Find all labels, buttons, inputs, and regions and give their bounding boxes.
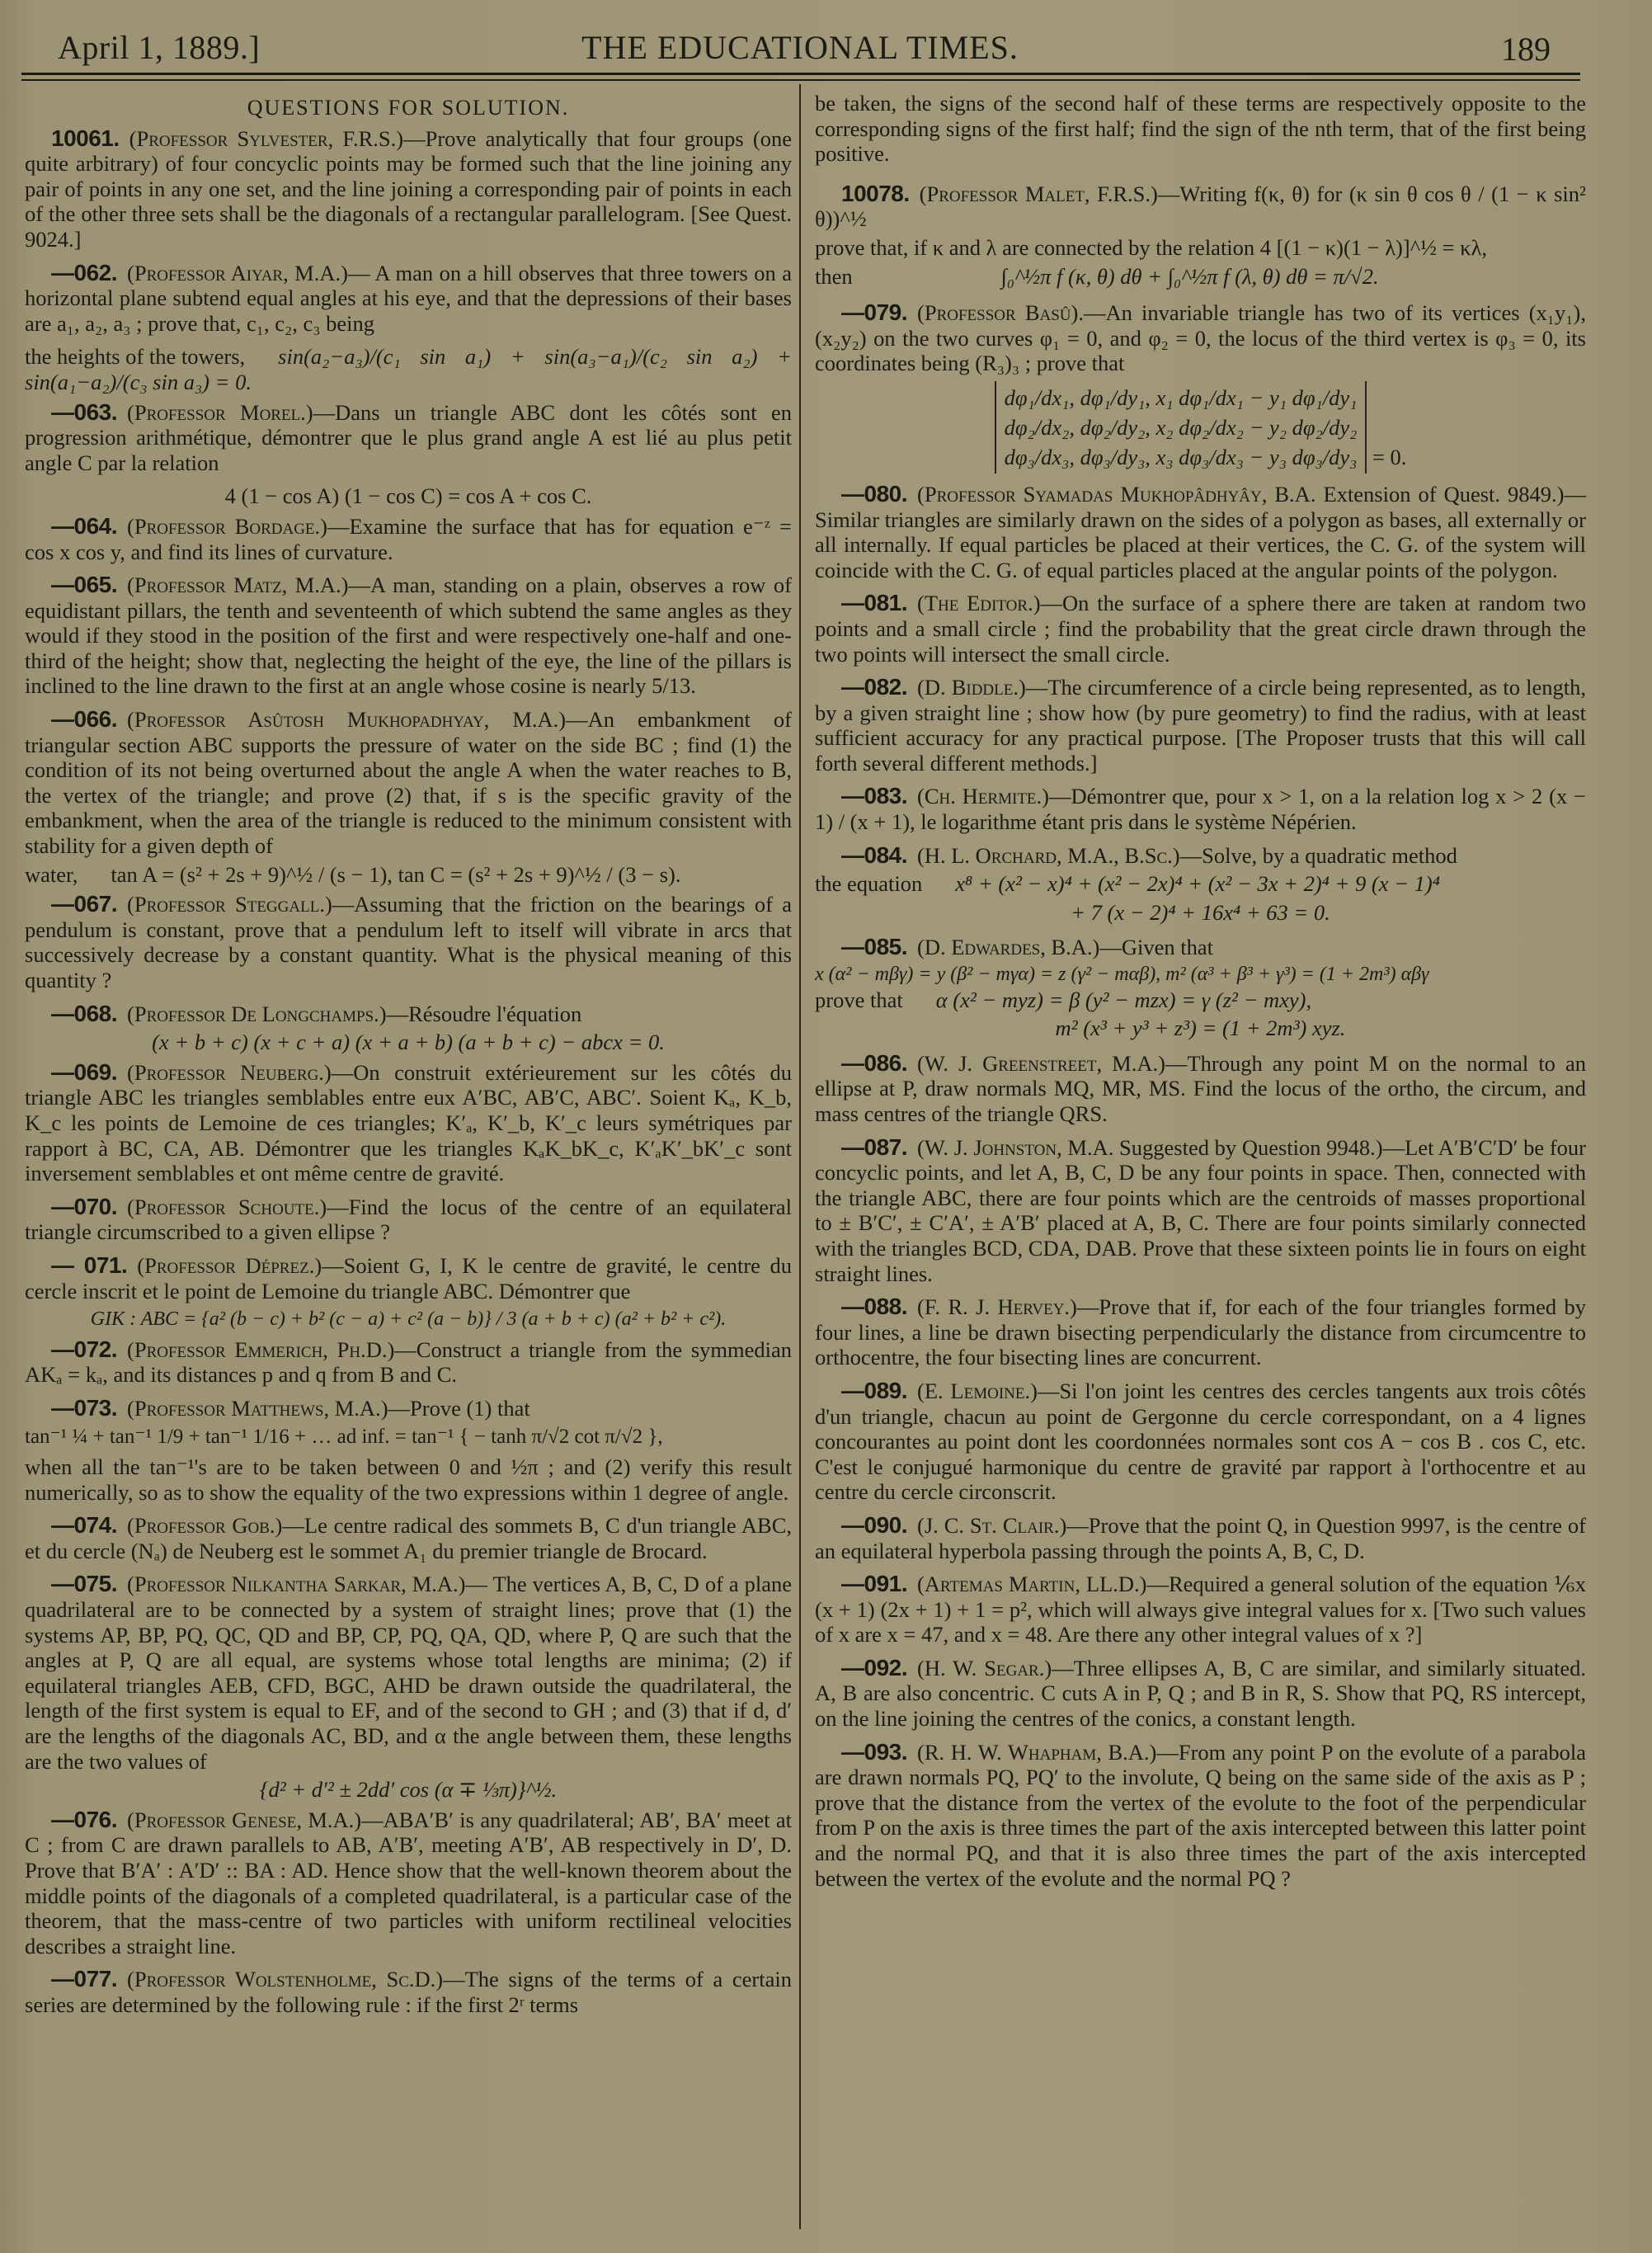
- question-author: (Professor Genese, M.A.): [127, 1808, 361, 1832]
- equation-10084: the equationx⁸ + (x² − x)⁴ + (x² − 2x)⁴ …: [815, 871, 1586, 897]
- question-10079: —079.(Professor Basû).—An invariable tri…: [815, 300, 1586, 376]
- left-column: QUESTIONS FOR SOLUTION. 10061.(Professor…: [25, 91, 792, 2026]
- question-author: (D. Edwardes, B.A.): [917, 935, 1099, 959]
- question-author: (H. L. Orchard, M.A., B.Sc.): [917, 843, 1180, 868]
- question-number: —090.: [841, 1512, 907, 1538]
- question-text: —Résoudre l'équation: [387, 1002, 582, 1026]
- question-author: (W. J. Johnston, M.A.: [917, 1135, 1113, 1160]
- question-number: —070.: [51, 1194, 117, 1219]
- determinant-row: dφ₁/dx₁, dφ₁/dy₁, x₁ dφ₁/dx₁ − y₁ dφ₁/dy…: [1005, 385, 1358, 410]
- page-header: April 1, 1889.] THE EDUCATIONAL TIMES. 1…: [25, 23, 1575, 69]
- equation: α (x² − myz) = β (y² − mzx) = γ (z² − mx…: [936, 987, 1311, 1012]
- question-author: (Professor Emmerich, Ph.D.): [127, 1337, 394, 1362]
- question-10073-continued: when all the tan⁻¹'s are to be taken bet…: [25, 1454, 792, 1505]
- question-10076: —076.(Professor Genese, M.A.)—ABA′B′ is …: [25, 1808, 792, 1959]
- question-number: 10078.: [841, 181, 910, 206]
- equation-10068: (x + b + c) (x + c + a) (x + a + b) (a +…: [25, 1030, 792, 1055]
- question-number: —064.: [51, 513, 117, 539]
- equation-10071: GIK : ABC = {a² (b − c) + b² (c − a) + c…: [25, 1307, 792, 1332]
- question-10090: —090.(J. C. St. Clair.)—Prove that the p…: [815, 1513, 1586, 1563]
- equation-10073: tan⁻¹ ¼ + tan⁻¹ 1/9 + tan⁻¹ 1/16 + … ad …: [25, 1425, 792, 1450]
- question-10071: — 071.(Professor Déprez.)—Soient G, I, K…: [25, 1253, 792, 1303]
- question-10072: —072.(Professor Emmerich, Ph.D.)—Constru…: [25, 1337, 792, 1388]
- question-author: (Artemas Martin, LL.D.): [917, 1572, 1147, 1596]
- question-number: —081.: [841, 590, 907, 615]
- question-author: (Professor Wolstenholme, Sc.D.): [127, 1967, 443, 1991]
- question-number: —084.: [841, 842, 907, 868]
- question-number: —093.: [841, 1739, 907, 1765]
- equation: x⁸ + (x² − x)⁴ + (x² − 2x)⁴ + (x² − 3x +…: [955, 871, 1440, 896]
- equation-label: the heights of the towers,: [25, 344, 245, 370]
- determinant-10079: dφ₁/dx₁, dφ₁/dy₁, x₁ dφ₁/dx₁ − y₁ dφ₁/dy…: [815, 381, 1586, 474]
- determinant-result: = 0.: [1372, 445, 1406, 469]
- question-number: —069.: [51, 1059, 117, 1085]
- question-10091: —091.(Artemas Martin, LL.D.)—Required a …: [815, 1572, 1586, 1647]
- question-author: (Professor Sylvester, F.R.S.): [129, 126, 403, 151]
- question-number: —072.: [51, 1336, 117, 1362]
- question-author: (E. Lemoine.): [917, 1379, 1038, 1403]
- question-10093: —093.(R. H. W. Whapham, B.A.)—From any p…: [815, 1740, 1586, 1892]
- question-10077-continued: be taken, the signs of the second half o…: [815, 91, 1586, 167]
- question-number: —092.: [841, 1655, 907, 1680]
- equation-10085-line3: m² (x³ + y³ + z³) = (1 + 2m³) xyz.: [815, 1016, 1586, 1041]
- question-number: —068.: [51, 1001, 117, 1026]
- question-author: (J. C. St. Clair.): [917, 1513, 1066, 1538]
- question-author: (F. R. J. Hervey.): [917, 1294, 1077, 1319]
- question-number: —085.: [841, 934, 907, 959]
- question-number: —065.: [51, 572, 117, 597]
- question-10081: —081.(The Editor.)—On the surface of a s…: [815, 591, 1586, 667]
- question-number: —086.: [841, 1050, 907, 1076]
- question-number: —062.: [51, 260, 117, 285]
- question-10073: —073.(Professor Matthews, M.A.)—Prove (1…: [25, 1396, 792, 1421]
- scanned-page: April 1, 1889.] THE EDUCATIONAL TIMES. 1…: [0, 0, 1652, 2253]
- question-author: (Ch. Hermite.): [917, 784, 1049, 808]
- question-author: (Professor Gob.): [127, 1513, 282, 1538]
- equation-label: then: [815, 264, 853, 290]
- equation-10078: then∫₀^½π f (κ, θ) dθ + ∫₀^½π f (λ, θ) d…: [815, 264, 1586, 290]
- equation-10063: 4 (1 − cos A) (1 − cos C) = cos A + cos …: [25, 483, 792, 509]
- equation-10062: the heights of the towers,sin(a₂−a₃)/(c₁…: [25, 344, 792, 394]
- question-author: (Professor Asûtosh Mukhopadhyay, M.A.): [127, 707, 566, 732]
- question-text: — The vertices A, B, C, D of a plane qua…: [25, 1572, 792, 1773]
- question-number: —088.: [841, 1294, 907, 1319]
- question-10067: —067.(Professor Steggall.)—Assuming that…: [25, 892, 792, 992]
- question-10078-relation: prove that, if κ and λ are connected by …: [815, 235, 1586, 261]
- question-10070: —070.(Professor Schoute.)—Find the locus…: [25, 1195, 792, 1245]
- question-10089: —089.(E. Lemoine.)—Si l'on joint les cen…: [815, 1379, 1586, 1505]
- question-text: —Solve, by a quadratic method: [1180, 843, 1457, 868]
- question-author: (Professor Aiyar, M.A.): [127, 261, 348, 285]
- equation-label: water,: [25, 862, 78, 888]
- column-divider: [799, 84, 801, 2229]
- question-author: (Professor Syamadas Mukhopâdhyây, B.A.: [917, 482, 1315, 507]
- question-10075: —075.(Professor Nilkantha Sarkar, M.A.)—…: [25, 1572, 792, 1774]
- question-10077: —077.(Professor Wolstenholme, Sc.D.)—The…: [25, 1967, 792, 2017]
- question-author: (Professor Neuberg.): [127, 1060, 332, 1085]
- section-title: QUESTIONS FOR SOLUTION.: [25, 96, 792, 121]
- question-10062: —062.(Professor Aiyar, M.A.)— A man on a…: [25, 261, 792, 337]
- question-10087: —087.(W. J. Johnston, M.A. Suggested by …: [815, 1135, 1586, 1287]
- question-number: —063.: [51, 399, 117, 425]
- question-10085: —085.(D. Edwardes, B.A.)—Given that: [815, 935, 1586, 960]
- question-number: —077.: [51, 1966, 117, 1991]
- equation-10084-line2: + 7 (x − 2)⁴ + 16x⁴ + 63 = 0.: [815, 900, 1586, 926]
- question-10069: —069.(Professor Neuberg.)—On construit e…: [25, 1060, 792, 1186]
- question-number: —073.: [51, 1395, 117, 1421]
- equation-10075: {d² + d′² ± 2dd′ cos (α ∓ ⅓π)}^½.: [25, 1777, 792, 1803]
- question-number: — 071.: [51, 1252, 127, 1278]
- question-author: (D. Biddle.): [917, 675, 1026, 700]
- page-number: 189: [1501, 30, 1551, 68]
- question-author: (Professor Malet, F.R.S.): [920, 181, 1158, 206]
- question-number: —076.: [51, 1807, 117, 1832]
- equation-10066: water,tan A = (s² + 2s + 9)^½ / (s − 1),…: [25, 862, 792, 888]
- question-number: —083.: [841, 783, 907, 808]
- determinant-matrix: dφ₁/dx₁, dφ₁/dy₁, x₁ dφ₁/dx₁ − y₁ dφ₁/dy…: [995, 381, 1367, 474]
- question-10092: —092.(H. W. Segar.)—Three ellipses A, B,…: [815, 1656, 1586, 1732]
- question-number: —080.: [841, 481, 907, 507]
- question-number: —074.: [51, 1512, 117, 1538]
- question-author: (The Editor.): [917, 591, 1041, 615]
- question-number: —082.: [841, 674, 907, 700]
- question-text: —Given that: [1099, 935, 1213, 959]
- question-number: —079.: [841, 299, 907, 325]
- question-author: (Professor Matz, M.A.): [127, 573, 348, 597]
- question-number: —066.: [51, 706, 117, 732]
- question-author: (Professor Steggall.): [127, 892, 332, 917]
- question-author: (Professor Matthews, M.A.): [127, 1396, 388, 1421]
- question-10082: —082.(D. Biddle.)—The circumference of a…: [815, 675, 1586, 775]
- question-author: (H. W. Segar.): [917, 1656, 1052, 1680]
- determinant-row: dφ₂/dx₂, dφ₂/dy₂, x₂ dφ₂/dx₂ − y₂ dφ₂/dy…: [1005, 415, 1358, 440]
- question-10083: —083.(Ch. Hermite.)—Démontrer que, pour …: [815, 784, 1586, 834]
- question-number: —091.: [841, 1571, 907, 1596]
- question-number: —087.: [841, 1134, 907, 1160]
- equation: ∫₀^½π f (κ, θ) dθ + ∫₀^½π f (λ, θ) dθ = …: [1001, 264, 1379, 289]
- question-10084: —084.(H. L. Orchard, M.A., B.Sc.)—Solve,…: [815, 843, 1586, 869]
- question-text: —Prove (1) that: [388, 1396, 530, 1421]
- question-10080: —080.(Professor Syamadas Mukhopâdhyây, B…: [815, 482, 1586, 582]
- question-10061: 10061.(Professor Sylvester, F.R.S.)—Prov…: [25, 126, 792, 252]
- header-rule-thin: [21, 79, 1580, 81]
- right-column: be taken, the signs of the second half o…: [815, 91, 1586, 1899]
- question-author: (R. H. W. Whapham, B.A.): [917, 1740, 1156, 1765]
- question-10066: —066.(Professor Asûtosh Mukhopadhyay, M.…: [25, 707, 792, 859]
- question-author: (Professor Bordage.): [127, 514, 327, 539]
- question-author: (Professor Basû).: [917, 300, 1084, 325]
- equation-10085: x (α² − mβγ) = y (β² − mγα) = z (γ² − mα…: [815, 962, 1586, 987]
- question-10065: —065.(Professor Matz, M.A.)—A man, stand…: [25, 573, 792, 699]
- journal-title: THE EDUCATIONAL TIMES.: [25, 28, 1575, 67]
- question-10068: —068.(Professor De Longchamps.)—Résoudre…: [25, 1002, 792, 1027]
- question-10074: —074.(Professor Gob.)—Le centre radical …: [25, 1513, 792, 1563]
- question-10064: —064.(Professor Bordage.)—Examine the su…: [25, 514, 792, 564]
- question-number: 10061.: [51, 125, 120, 151]
- header-rule-thick: [21, 73, 1580, 75]
- question-10086: —086.(W. J. Greenstreet, M.A.)—Through a…: [815, 1051, 1586, 1127]
- question-10078: 10078.(Professor Malet, F.R.S.)—Writing …: [815, 181, 1586, 232]
- question-number: —089.: [841, 1378, 907, 1403]
- question-number: —075.: [51, 1571, 117, 1596]
- determinant-row: dφ₃/dx₃, dφ₃/dy₃, x₃ dφ₃/dx₃ − y₃ dφ₃/dy…: [1005, 445, 1358, 469]
- question-author: (Professor Schoute.): [127, 1195, 327, 1219]
- question-author: (Professor De Longchamps.): [127, 1002, 387, 1026]
- equation: tan A = (s² + 2s + 9)^½ / (s − 1), tan C…: [111, 862, 680, 887]
- question-10063: —063.(Professor Morel.)—Dans un triangle…: [25, 400, 792, 476]
- question-author: (Professor Déprez.): [137, 1253, 322, 1278]
- equation-label: the equation: [815, 871, 922, 897]
- question-author: (W. J. Greenstreet, M.A.): [917, 1051, 1165, 1076]
- question-10088: —088.(F. R. J. Hervey.)—Prove that if, f…: [815, 1294, 1586, 1370]
- question-number: —067.: [51, 891, 117, 917]
- equation-label: prove that: [815, 987, 903, 1013]
- question-author: (Professor Morel.): [127, 400, 313, 425]
- question-author: (Professor Nilkantha Sarkar, M.A.): [127, 1572, 465, 1596]
- equation-10085-line2: prove thatα (x² − myz) = β (y² − mzx) = …: [815, 987, 1586, 1013]
